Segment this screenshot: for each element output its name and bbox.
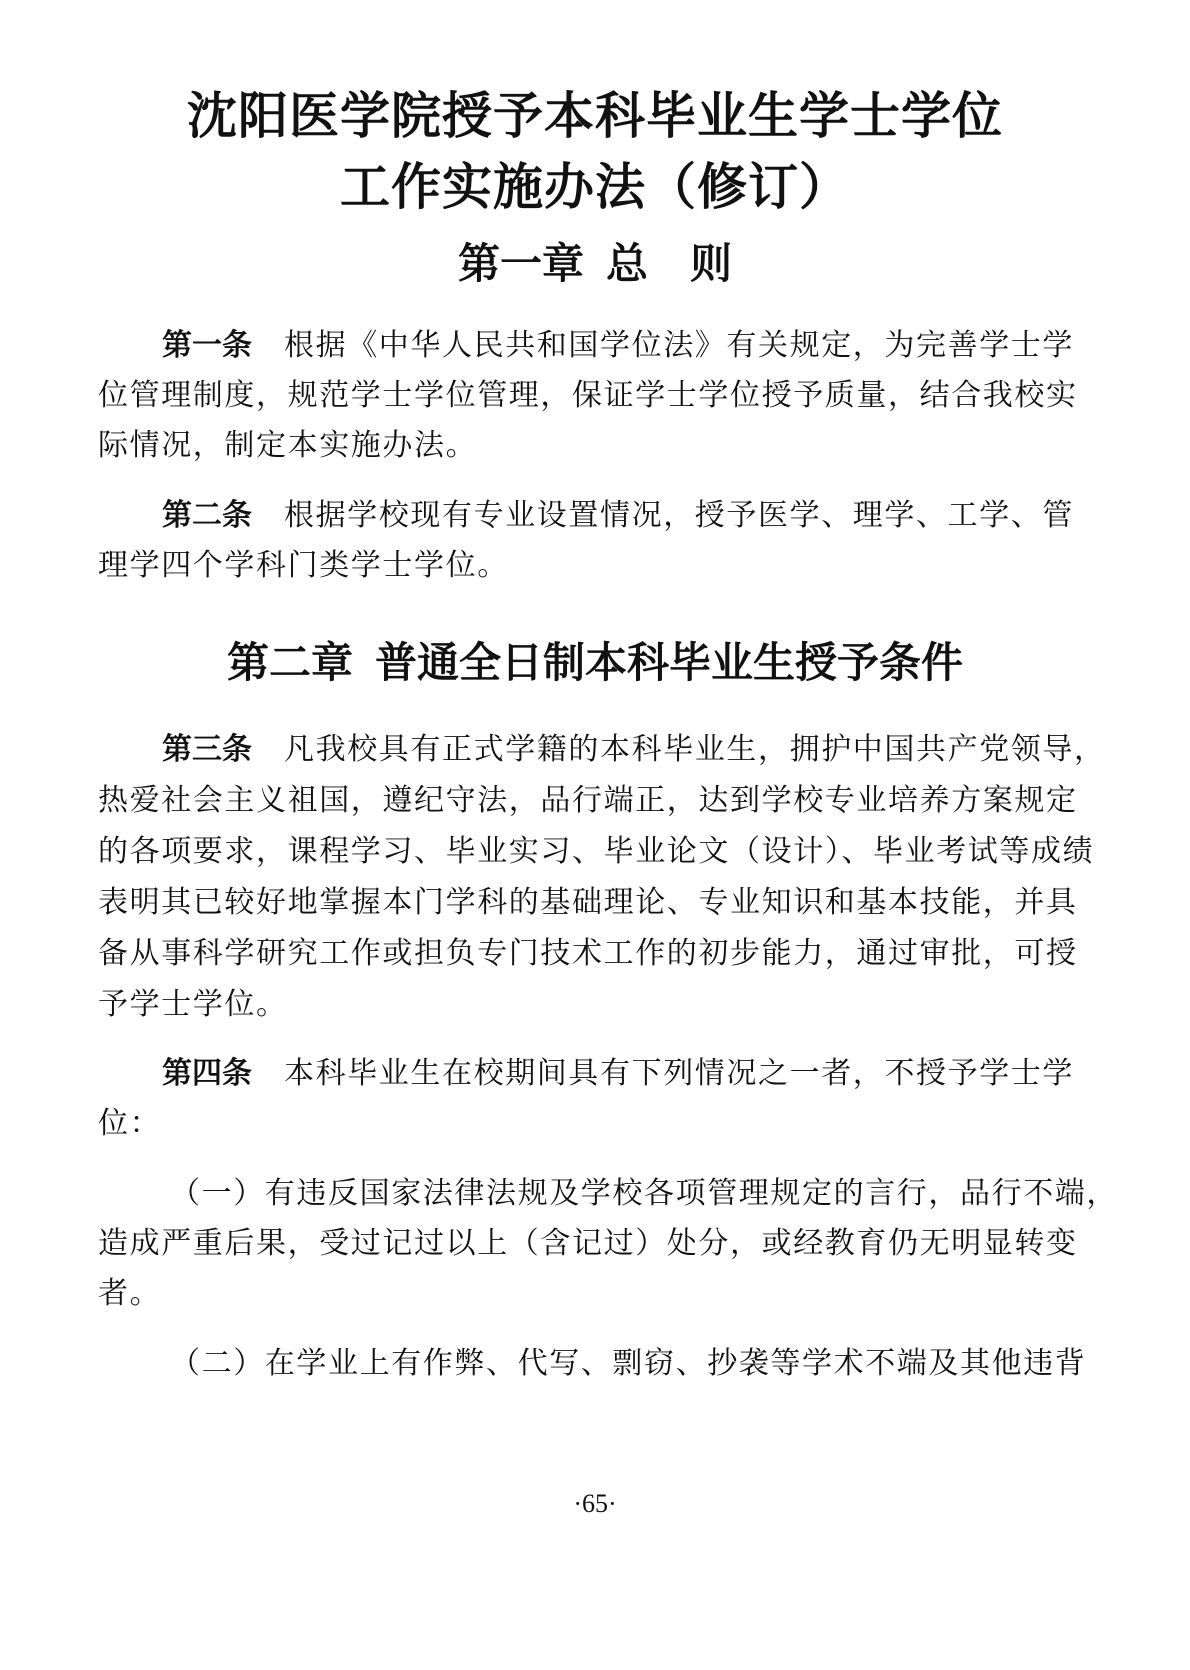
document-page: 沈阳医学院授予本科毕业生学士学位 工作实施办法（修订） 第一章总 则 第一条根据… — [0, 0, 1190, 1670]
chapter-1-heading: 第一章总 则 — [0, 238, 1190, 290]
article-2-text: 根据学校现有专业设置情况，授予医学、理学、工学、管 — [284, 498, 1074, 533]
article-3-label: 第三条 — [162, 732, 252, 767]
article-2-label: 第二条 — [162, 498, 252, 533]
chapter-2-title: 普通全日制本科毕业生授予条件 — [375, 638, 963, 687]
article-3-line-5: 备从事科学研究工作或担负专门技术工作的初步能力，通过审批，可授 — [98, 934, 1098, 974]
article-3-text: 凡我校具有正式学籍的本科毕业生，拥护中国共产党领导， — [284, 732, 1106, 767]
article-4-text: 本科毕业生在校期间具有下列情况之一者，不授予学士学 — [284, 1056, 1074, 1091]
chapter-2-label: 第二章 — [227, 638, 353, 687]
article-3-line-2: 热爱社会主义祖国，遵纪守法，品行端正，达到学校专业培养方案规定 — [98, 781, 1098, 821]
article-1-text: 根据《中华人民共和国学位法》有关规定，为完善学士学 — [284, 328, 1074, 363]
article-2-line-1: 第二条根据学校现有专业设置情况，授予医学、理学、工学、管 — [162, 496, 1162, 536]
article-1-label: 第一条 — [162, 328, 252, 363]
chapter-1-label: 第一章 — [458, 239, 584, 288]
article-4-line-1: 第四条本科毕业生在校期间具有下列情况之一者，不授予学士学 — [162, 1054, 1162, 1094]
article-3-line-4: 表明其已较好地掌握本门学科的基础理论、专业知识和基本技能，并具 — [98, 883, 1098, 923]
article-3-line-1: 第三条凡我校具有正式学籍的本科毕业生，拥护中国共产党领导， — [162, 730, 1162, 770]
article-3-line-3: 的各项要求，课程学习、毕业实习、毕业论文（设计）、毕业考试等成绩 — [98, 832, 1098, 872]
article-3-line-6: 予学士学位。 — [98, 985, 1098, 1025]
article-4-line-2: 位： — [98, 1104, 1098, 1144]
article-1-line-2: 位管理制度，规范学士学位管理，保证学士学位授予质量，结合我校实 — [98, 376, 1098, 416]
chapter-2-heading: 第二章普通全日制本科毕业生授予条件 — [0, 637, 1190, 689]
article-1-line-1: 第一条根据《中华人民共和国学位法》有关规定，为完善学士学 — [162, 326, 1162, 366]
article-4-item-1-line-1: （一）有违反国家法律法规及学校各项管理规定的言行，品行不端， — [170, 1174, 1170, 1214]
article-4-label: 第四条 — [162, 1056, 252, 1091]
document-title-line-2: 工作实施办法（修订） — [0, 157, 1190, 217]
article-4-item-1-line-3: 者。 — [98, 1274, 1098, 1314]
article-4-item-1-line-2: 造成严重后果，受过记过以上（含记过）处分，或经教育仍无明显转变 — [98, 1224, 1098, 1264]
document-title-line-1: 沈阳医学院授予本科毕业生学士学位 — [0, 86, 1190, 146]
chapter-1-title: 总 则 — [606, 239, 732, 288]
article-1-line-3: 际情况，制定本实施办法。 — [98, 426, 1098, 466]
article-4-item-2-line-1: （二）在学业上有作弊、代写、剽窃、抄袭等学术不端及其他违背 — [170, 1344, 1170, 1384]
article-2-line-2: 理学四个学科门类学士学位。 — [98, 546, 1098, 586]
page-number: ·65· — [0, 1488, 1190, 1520]
